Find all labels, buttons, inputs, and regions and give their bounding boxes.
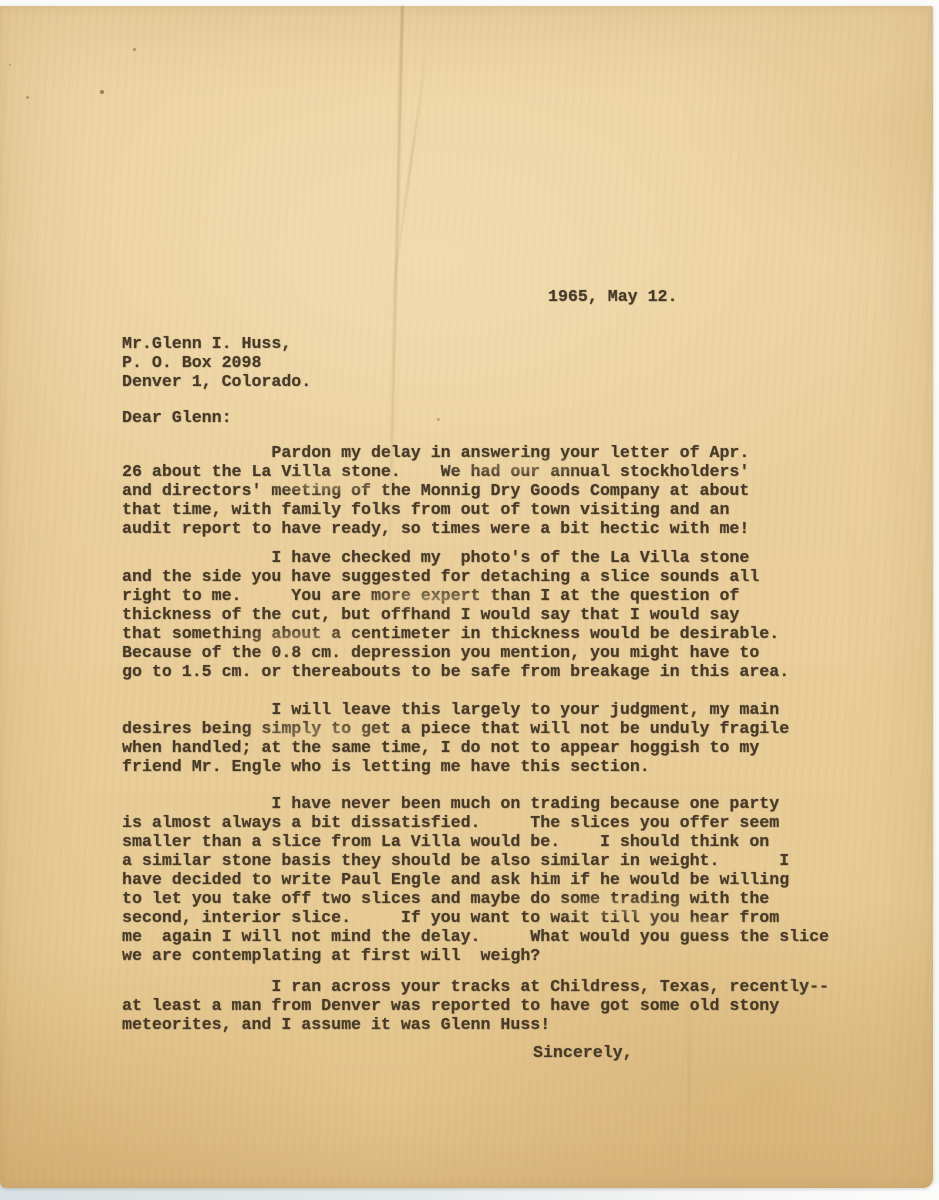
text-line: is almost always a bit dissatisfied. The…: [122, 813, 829, 832]
text-line: I ran across your tracks at Childress, T…: [122, 977, 829, 996]
text-line: audit report to have ready, so times wer…: [122, 519, 749, 538]
text-line: 26 about the La Villa stone. We had our …: [122, 462, 749, 481]
text-line: Mr.Glenn I. Huss,: [122, 334, 311, 353]
text-line: second, interior slice. If you want to w…: [122, 908, 829, 927]
text-line: have decided to write Paul Engle and ask…: [122, 870, 829, 889]
text-line: Denver 1, Colorado.: [122, 372, 311, 391]
text-line: thickness of the cut, but offhand I woul…: [122, 605, 789, 624]
paper-speck: [9, 64, 11, 66]
paragraph-3: I will leave this largely to your judgme…: [122, 700, 789, 776]
paragraph-1: Pardon my delay in answering your letter…: [122, 443, 749, 538]
letter-paper: 1965, May 12. Mr.Glenn I. Huss,P. O. Box…: [0, 6, 933, 1188]
text-line: we are contemplating at first will weigh…: [122, 946, 829, 965]
text-line: meteorites, and I assume it was Glenn Hu…: [122, 1015, 829, 1034]
paper-speck: [26, 96, 29, 99]
text-line: that time, with family folks from out of…: [122, 500, 749, 519]
text-line: desires being simply to get a piece that…: [122, 719, 789, 738]
closing-signoff: Sincerely,: [533, 1043, 633, 1062]
text-line: to let you take off two slices and maybe…: [122, 889, 829, 908]
text-line: friend Mr. Engle who is letting me have …: [122, 757, 789, 776]
text-line: at least a man from Denver was reported …: [122, 996, 829, 1015]
text-line: a similar stone basis they should be als…: [122, 851, 829, 870]
paragraph-2: I have checked my photo's of the La Vill…: [122, 548, 789, 681]
paper-speck: [133, 48, 136, 51]
text-line: I have never been much on trading becaus…: [122, 794, 829, 813]
date-line: 1965, May 12.: [548, 287, 677, 306]
text-line: I will leave this largely to your judgme…: [122, 700, 789, 719]
text-line: Because of the 0.8 cm. depression you me…: [122, 643, 789, 662]
paper-speck: [100, 90, 104, 94]
text-line: that something about a centimeter in thi…: [122, 624, 789, 643]
text-line: and directors' meeting of the Monnig Dry…: [122, 481, 749, 500]
scan-page: 1965, May 12. Mr.Glenn I. Huss,P. O. Box…: [0, 0, 939, 1200]
text-line: go to 1.5 cm. or thereabouts to be safe …: [122, 662, 789, 681]
text-line: Pardon my delay in answering your letter…: [122, 443, 749, 462]
text-line: I have checked my photo's of the La Vill…: [122, 548, 789, 567]
fold-crease: [386, 34, 430, 331]
text-line: me again I will not mind the delay. What…: [122, 927, 829, 946]
paper-speck: [437, 418, 440, 421]
text-line: P. O. Box 2098: [122, 353, 311, 372]
text-line: and the side you have suggested for deta…: [122, 567, 789, 586]
text-line: when handled; at the same time, I do not…: [122, 738, 789, 757]
recipient-address: Mr.Glenn I. Huss,P. O. Box 2098Denver 1,…: [122, 334, 311, 391]
paragraph-5: I ran across your tracks at Childress, T…: [122, 977, 829, 1034]
text-line: right to me. You are more expert than I …: [122, 586, 789, 605]
paragraph-4: I have never been much on trading becaus…: [122, 794, 829, 965]
salutation: Dear Glenn:: [122, 408, 232, 427]
text-line: smaller than a slice from La Villa would…: [122, 832, 829, 851]
fold-crease: [688, 936, 690, 1186]
